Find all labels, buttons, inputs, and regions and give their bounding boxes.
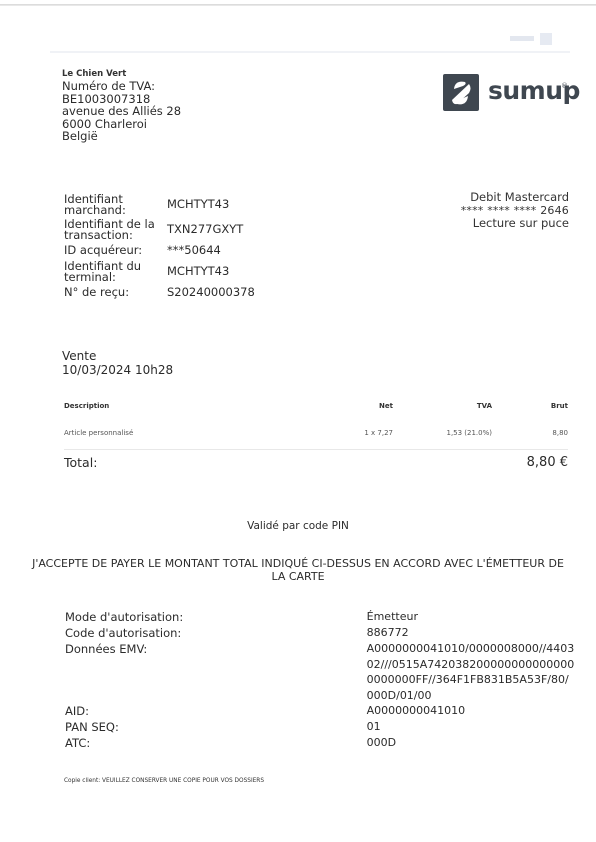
- item-tva: 1,53 (21.0%): [446, 429, 492, 437]
- vat-label: Numéro de TVA:: [62, 80, 181, 93]
- auth-label: Mode d'autorisation:: [65, 609, 367, 625]
- total-label: Total:: [64, 455, 97, 470]
- auth-row: AID: A0000000041010: [65, 703, 575, 719]
- header-brut: Brut: [551, 402, 568, 410]
- auth-label: AID:: [65, 703, 367, 719]
- auth-value: A0000000041010: [367, 703, 575, 719]
- auth-value: 01: [367, 719, 575, 735]
- registered-mark: ®: [561, 82, 568, 90]
- auth-label: PAN SEQ:: [65, 719, 367, 735]
- id-row: N° de reçu: S20240000378: [64, 285, 324, 301]
- emv-data: A0000000041010/0000008000//440302///0515…: [367, 641, 575, 703]
- id-value: S20240000378: [167, 287, 255, 299]
- id-row: Identifiant du terminal: MCHTYT43: [64, 260, 324, 284]
- auth-row: Mode d'autorisation: Émetteur: [65, 609, 575, 625]
- footer-note: Copie client: VEUILLEZ CONSERVER UNE COP…: [64, 778, 264, 784]
- auth-value: 886772: [367, 625, 575, 641]
- sumup-logo: sumup ®: [443, 74, 571, 112]
- verification-method: Validé par code PIN: [0, 520, 596, 532]
- table-row: Article personnalisé 1 x 7,27 1,53 (21.0…: [64, 429, 568, 443]
- divider: [64, 449, 568, 450]
- auth-row: Données EMV: A0000000041010/0000008000//…: [65, 641, 575, 703]
- id-row: Identifiant de la transaction: TXN277GXY…: [64, 218, 324, 242]
- merchant-block: Le Chien Vert Numéro de TVA: BE100300731…: [62, 69, 181, 143]
- auth-value: Émetteur: [367, 609, 575, 625]
- table-header: Description Net TVA Brut: [64, 402, 568, 416]
- id-label: N° de reçu:: [64, 287, 167, 299]
- id-label: Identifiant du terminal:: [64, 261, 167, 284]
- merchant-country: België: [62, 130, 181, 143]
- auth-label: Données EMV:: [65, 641, 367, 703]
- id-value: MCHTYT43: [167, 199, 229, 211]
- auth-row: PAN SEQ: 01: [65, 719, 575, 735]
- id-label: Identifiant de la transaction:: [64, 219, 167, 242]
- item-description: Article personnalisé: [64, 429, 133, 437]
- id-label: Identifiant marchand:: [64, 194, 167, 217]
- auth-label: Code d'autorisation:: [65, 625, 367, 641]
- card-type: Debit Mastercard: [461, 191, 569, 204]
- item-brut: 8,80: [552, 429, 568, 437]
- authorization-block: Mode d'autorisation: Émetteur Code d'aut…: [65, 609, 575, 751]
- auth-row: Code d'autorisation: 886772: [65, 625, 575, 641]
- id-label: ID acquéreur:: [64, 245, 167, 257]
- auth-label: ATC:: [65, 735, 367, 751]
- header-description: Description: [64, 402, 109, 410]
- acceptance-statement: J'ACCEPTE DE PAYER LE MONTANT TOTAL INDI…: [30, 558, 566, 583]
- merchant-street: avenue des Alliés 28: [62, 105, 181, 118]
- items-table: Description Net TVA Brut Article personn…: [64, 402, 568, 450]
- identifiers-block: Identifiant marchand: MCHTYT43 Identifia…: [64, 193, 324, 302]
- auth-value: 000D: [367, 735, 575, 751]
- faint-bleedthrough-line: [50, 51, 570, 53]
- id-value: ***50644: [167, 245, 221, 257]
- total-amount: 8,80 €: [527, 455, 568, 470]
- faint-bleedthrough-logo: [510, 33, 555, 45]
- sale-info: Vente 10/03/2024 10h28: [62, 349, 173, 377]
- header-net: Net: [379, 402, 393, 410]
- page-edge: [0, 4, 596, 6]
- sale-datetime: 10/03/2024 10h28: [62, 363, 173, 377]
- brand-wordmark: sumup: [488, 76, 580, 105]
- sumup-s-logo-icon: [443, 74, 479, 111]
- header-tva: TVA: [477, 402, 492, 410]
- id-row: Identifiant marchand: MCHTYT43: [64, 193, 324, 217]
- id-row: ID acquéreur: ***50644: [64, 243, 324, 259]
- id-value: MCHTYT43: [167, 266, 229, 278]
- sale-type: Vente: [62, 349, 173, 363]
- id-value: TXN277GXYT: [167, 224, 243, 236]
- card-entry-mode: Lecture sur puce: [461, 217, 569, 230]
- auth-row: ATC: 000D: [65, 735, 575, 751]
- card-info: Debit Mastercard **** **** **** 2646 Lec…: [461, 191, 569, 230]
- item-net: 1 x 7,27: [364, 429, 393, 437]
